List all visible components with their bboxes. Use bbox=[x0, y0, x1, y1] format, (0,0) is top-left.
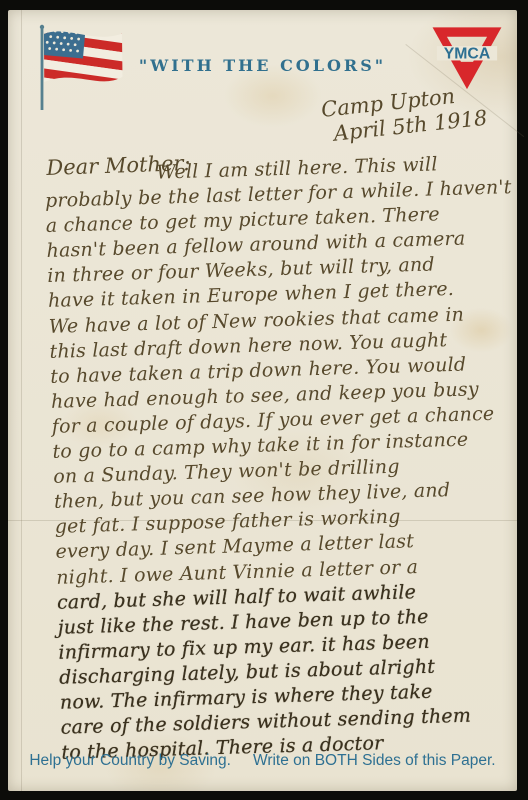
letter-paper: "WITH THE COLORS" YMCA Camp Upton April … bbox=[8, 10, 517, 791]
footer-saving-text: Help your Country by Saving. bbox=[29, 752, 231, 769]
footer-slogan: Help your Country by Saving.Write on BOT… bbox=[8, 752, 517, 770]
letter-body: Well I am still here. This will probably… bbox=[44, 150, 522, 766]
svg-text:YMCA: YMCA bbox=[444, 45, 490, 62]
dateline: Camp Upton April 5th 1918 bbox=[320, 81, 489, 148]
vertical-crease bbox=[21, 10, 22, 791]
footer-both-sides-text: Write on BOTH Sides of this Paper. bbox=[253, 752, 496, 769]
